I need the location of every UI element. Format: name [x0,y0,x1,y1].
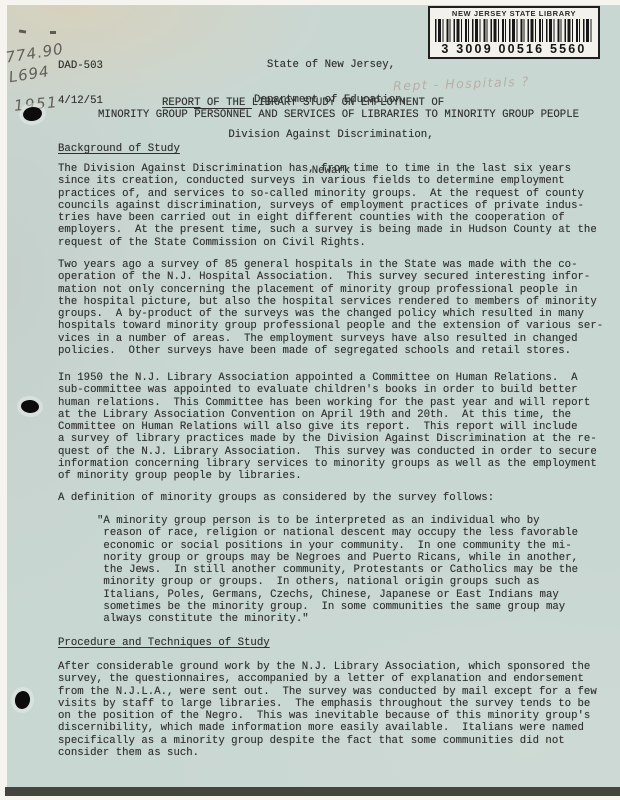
report-title-line2: MINORITY GROUP PERSONNEL AND SERVICES OF… [98,109,579,121]
library-barcode-label: NEW JERSEY STATE LIBRARY 3 3009 00516 55… [428,6,600,59]
personnel-word: PERSONNEL [194,108,252,121]
section-heading-procedure: Procedure and Techniques of Study [58,637,270,649]
barcode-number: 3 3009 00516 5560 [430,42,598,56]
document-page: 774.90 L694 1951 DAD-503 4/12/51 State o… [7,5,620,787]
library-name: NEW JERSEY STATE LIBRARY [430,9,598,18]
document-id-block: DAD-503 4/12/51 [58,37,103,131]
title-line2-pre: MINORITY GROUP [98,109,194,121]
letterhead-line-division: Division Against Discrimination, [101,130,561,142]
paragraph-background-2: Two years ago a survey of 85 general hos… [58,259,603,357]
barcode-icon [435,19,593,42]
scan-edge-shadow [5,787,620,796]
scanned-document: 774.90 L694 1951 DAD-503 4/12/51 State o… [0,0,620,800]
definition-intro-line: A definition of minority groups as consi… [58,492,494,504]
hole-punch-mark [22,106,43,123]
paragraph-background-1: The Division Against Discrimination has,… [58,163,597,249]
minority-definition-quote: "A minority group person is to be interp… [97,515,578,626]
paragraph-background-3: In 1950 the N.J. Library Association app… [58,372,597,483]
hole-punch-mark [14,690,32,710]
letterhead-line-state: State of New Jersey, [101,60,561,72]
staple-mark [50,31,56,34]
paragraph-procedure-1: After considerable ground work by the N.… [58,661,597,759]
title-line2-rest: AND SERVICES OF LIBRARIES TO MINORITY GR… [252,109,579,121]
document-date: 4/12/51 [58,96,103,108]
section-heading-background: Background of Study [58,143,180,155]
document-id: DAD-503 [58,61,103,73]
hole-punch-mark [20,399,39,414]
staple-mark [19,29,26,33]
